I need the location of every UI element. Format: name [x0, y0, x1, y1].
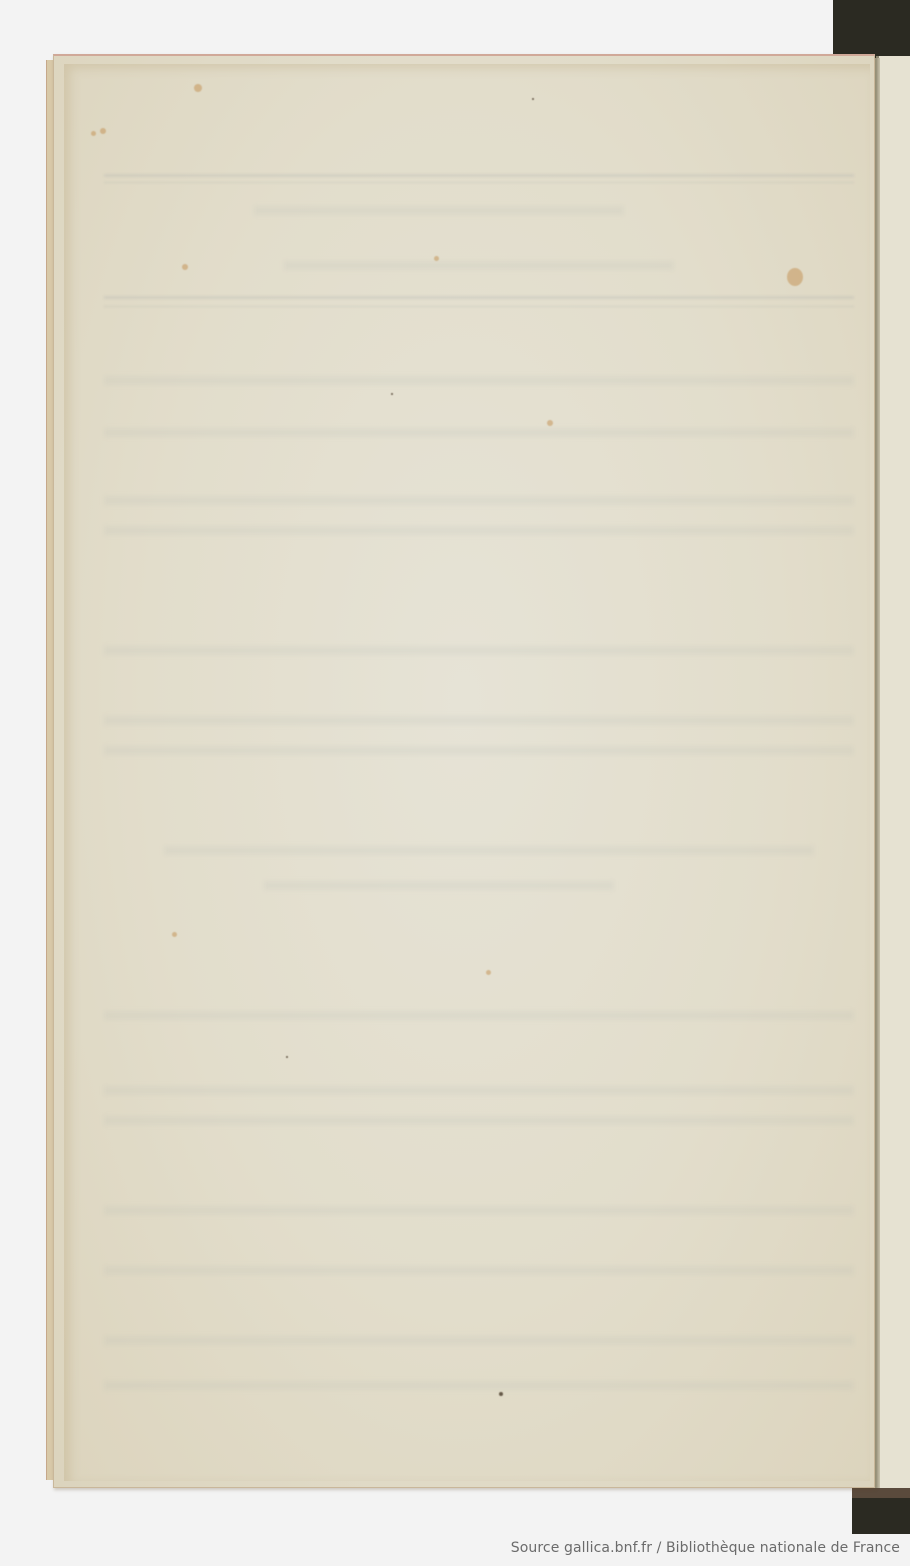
backing-board-top — [833, 0, 910, 62]
bleed-through-text — [104, 526, 854, 535]
bleed-through-text — [104, 1266, 854, 1275]
bleed-through-text — [164, 846, 814, 855]
bleed-through-text — [104, 746, 854, 755]
bleed-through-text — [104, 1011, 854, 1020]
scan-viewer: Source gallica.bnf.fr / Bibliothèque nat… — [0, 0, 910, 1566]
foxing-spot — [100, 128, 106, 134]
adjacent-page-edge — [876, 56, 910, 1488]
foxing-spot — [787, 268, 803, 286]
bleed-through-rule — [104, 296, 854, 299]
bleed-through-text — [104, 1086, 854, 1095]
foxing-spot — [486, 970, 491, 975]
bleed-through-text — [254, 206, 624, 215]
source-credit: Source gallica.bnf.fr / Bibliothèque nat… — [511, 1540, 900, 1556]
bleed-through-rule — [104, 182, 854, 183]
foxing-spot — [434, 256, 439, 261]
foxing-spot — [172, 932, 177, 937]
bleed-through-text — [104, 428, 854, 437]
bleed-through-text — [104, 646, 854, 655]
bleed-through-rule — [104, 174, 854, 177]
bleed-through-text — [104, 1381, 854, 1390]
bleed-through-text — [104, 1116, 854, 1125]
foxing-spot — [194, 84, 202, 92]
ink-speck — [391, 393, 393, 395]
book-page — [53, 54, 875, 1488]
ink-speck — [499, 1392, 503, 1396]
foxing-spot — [182, 264, 188, 270]
bleed-through-text — [104, 1336, 854, 1345]
bleed-through-text — [284, 261, 674, 270]
ink-speck — [532, 98, 534, 100]
bleed-through-text — [104, 376, 854, 385]
ink-speck — [286, 1056, 288, 1058]
bleed-through-text — [104, 1206, 854, 1215]
bleed-through-text — [104, 716, 854, 725]
bleed-through-text — [264, 881, 614, 890]
bleed-through-text — [104, 496, 854, 505]
foxing-spot — [91, 131, 96, 136]
bleed-through-rule — [104, 306, 854, 307]
foxing-spot — [547, 420, 553, 426]
